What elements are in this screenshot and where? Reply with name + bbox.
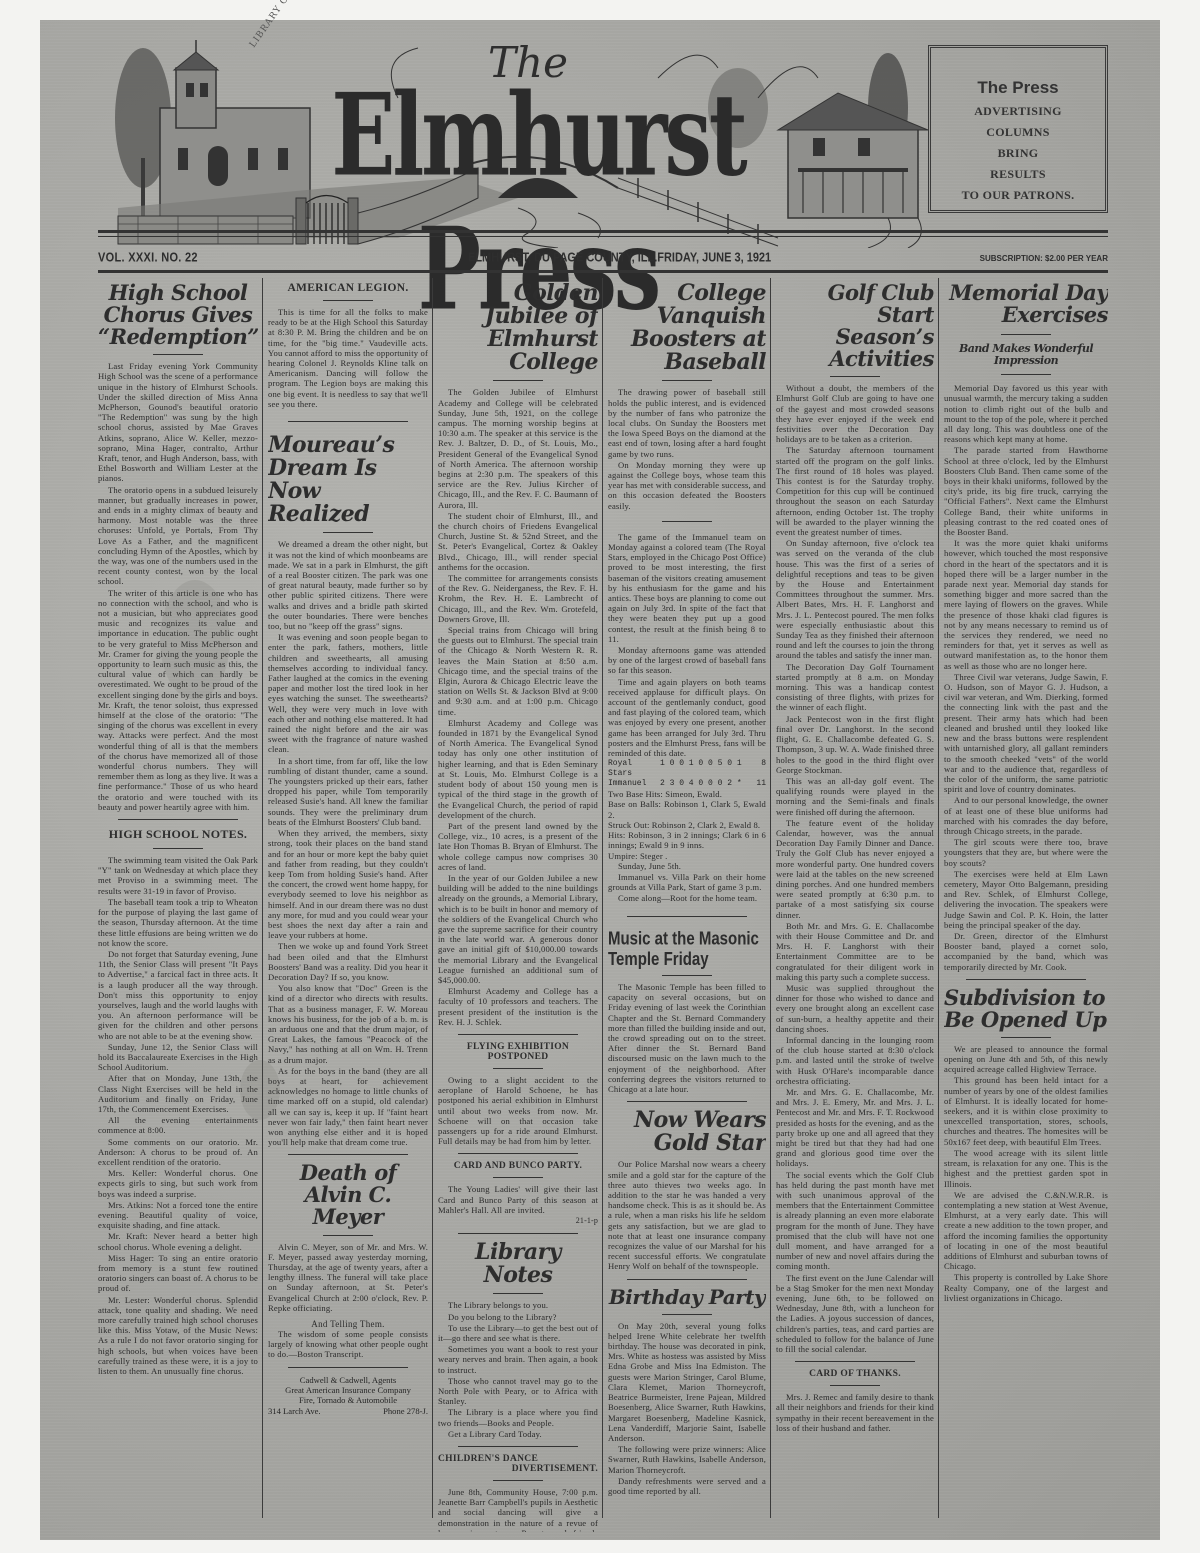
paragraph: Dandy refreshments were served and a goo… (608, 1476, 766, 1496)
paragraph: Our Police Marshal now wears a cheery sm… (608, 1159, 766, 1271)
paragraph: In a short time, from far off, like the … (268, 756, 428, 827)
place-and-date: ELMHURST, DU PAGE COUNTY, ILL.FRIDAY, JU… (468, 251, 771, 265)
paragraph: On May 20th, several young folks helped … (608, 1321, 766, 1443)
paragraph: This is time for all the folks to make r… (268, 307, 428, 409)
headline: CARD AND BUNCO PARTY. (438, 1161, 598, 1171)
linescore-row: Royal Stars 1 0 0 1 0 0 5 0 1 8 (608, 759, 766, 779)
divider (493, 1177, 543, 1178)
divider (830, 376, 880, 377)
paragraph: Dr. Green, director of the Elmhurst Boos… (944, 931, 1108, 972)
press-advertising-box: The Press ADVERTISING COLUMNS BRING RESU… (928, 45, 1108, 213)
paragraph: Jack Pentecost won in the first flight f… (776, 714, 934, 775)
total-score: 11 (756, 779, 766, 789)
article-birthday: Birthday Party On May 20th, several youn… (608, 1287, 766, 1496)
column-1: High School Chorus Gives “Redemption” La… (98, 282, 258, 1532)
paragraph: The Masonic Temple has been filled to ca… (608, 982, 766, 1094)
paragraph: Three Civil war veterans, Judge Sawin, F… (944, 672, 1108, 794)
ad-contact: 314 Larch Ave. Phone 278-J. (268, 1406, 428, 1416)
paragraph: Special trains from Chicago will bring t… (438, 625, 598, 717)
paragraph: Without a doubt, the members of the Elmh… (776, 383, 934, 444)
linescore: Royal Stars 1 0 0 1 0 0 5 0 1 8 Immanuel… (608, 759, 766, 789)
divider (1001, 1037, 1051, 1038)
article-body: On May 20th, several young folks helped … (608, 1321, 766, 1496)
divider (493, 1480, 543, 1481)
ad-line: RESULTS (931, 167, 1105, 182)
headline: FLYING EXHIBITION POSTPONED (438, 1042, 598, 1062)
article-body: Mrs. J. Remec and family desire to thank… (776, 1392, 934, 1433)
divider (1001, 334, 1051, 335)
paragraph: After that on Monday, June 13th, the Cla… (98, 1073, 258, 1114)
paragraph: The wood acreage with its silent little … (944, 1148, 1108, 1189)
paragraph: Come along—Root for the home team. (608, 893, 766, 903)
paragraph: The Young Ladies' will give their last C… (438, 1184, 598, 1215)
paragraph: The wisdom of some people consists large… (268, 1329, 428, 1360)
article-body: June 8th, Community House, 7:00 p.m. Jea… (438, 1487, 598, 1532)
paragraph: Those who cannot travel may go to the No… (438, 1376, 598, 1407)
divider (288, 421, 408, 422)
paragraph: You also know that "Doc" Green is the ki… (268, 983, 428, 1065)
ad-line: ADVERTISING (931, 104, 1105, 119)
article-legion: AMERICAN LEGION. This is time for all th… (268, 282, 428, 409)
divider (627, 916, 747, 917)
article-body: Our Police Marshal now wears a cheery sm… (608, 1159, 766, 1271)
headline: CARD OF THANKS. (776, 1369, 934, 1379)
subheadline: Band Makes Wonderful Impression (944, 343, 1108, 366)
divider (1001, 374, 1051, 375)
linescore-row: Immanuel 2 3 0 4 0 0 0 2 * 11 (608, 779, 766, 789)
ad-line: COLUMNS (931, 125, 1105, 140)
paragraph: Sunday, June 5th. (608, 861, 766, 871)
article-body: The wisdom of some people consists large… (268, 1329, 428, 1360)
ad-phone: Phone 278-J. (383, 1406, 428, 1416)
subscription-price: SUBSCRIPTION: $2.00 PER YEAR (980, 254, 1108, 263)
box-score-stats: Two Base Hits: Simeon, Ewald. Base on Ba… (608, 789, 766, 903)
paragraph: Mrs. Keller: Wonderful chorus. One expec… (98, 1168, 258, 1199)
article-body: The game of the Immanuel team on Monday … (608, 532, 766, 758)
inning-scores: 2 3 0 4 0 0 0 2 * (660, 779, 756, 789)
volume-number: VOL. XXXI. NO. 22 (98, 251, 198, 265)
article-body: Owing to a slight accident to the aeropl… (438, 1075, 598, 1146)
column-4: College Vanquish Boosters at Baseball Th… (608, 282, 766, 1532)
article-body: The Masonic Temple has been filled to ca… (608, 982, 766, 1094)
paragraph: On Monday morning they were up against t… (608, 460, 766, 511)
divider (966, 979, 1086, 980)
paragraph: The baseball team took a trip to Wheaton… (98, 897, 258, 948)
article-body: The drawing power of baseball still hold… (608, 387, 766, 510)
dateline-rule (98, 270, 1108, 273)
article-moureau: Moureau’s Dream Is Now Realized We dream… (268, 434, 428, 1147)
article-masonic: Music at the Masonic Temple Friday The M… (608, 929, 766, 1095)
article-baseball: College Vanquish Boosters at Baseball Th… (608, 282, 766, 904)
article-body: The Young Ladies' will give their last C… (438, 1184, 598, 1226)
headline: Now Wears Gold Star (608, 1109, 766, 1155)
headline: Birthday Party (608, 1287, 766, 1308)
paragraph: On Sunday afternoon, five o'clock tea wa… (776, 538, 934, 660)
divider (662, 521, 712, 522)
divider (493, 1293, 543, 1294)
article-body: Alvin C. Meyer, son of Mr. and Mrs. W. F… (268, 1242, 428, 1313)
ad-line: Fire, Tornado & Automobile (268, 1395, 428, 1405)
paragraph: Monday afternoons game was attended by o… (608, 645, 766, 676)
article-death: Death of Alvin C. Meyer Alvin C. Meyer, … (268, 1162, 428, 1313)
article-chorus: High School Chorus Gives “Redemption” La… (98, 282, 258, 812)
divider (323, 1235, 373, 1236)
divider (153, 848, 203, 849)
divider (288, 1154, 408, 1155)
divider (795, 1361, 915, 1362)
paragraph: The parade started from Hawthorne School… (944, 445, 1108, 537)
masthead: LIBRARY OF ILLINOIS · JUN 6 1921 The Elm… (98, 38, 938, 248)
headline: AMERICAN LEGION. (268, 282, 428, 294)
divider (458, 1153, 578, 1154)
article-hs-notes: HIGH SCHOOL NOTES. The swimming team vis… (98, 827, 258, 1376)
paragraph: Mr. Lester: Wonderful chorus. Splendid a… (98, 1295, 258, 1377)
article-dance: CHILDREN'S DANCE DIVERTISEMENT. June 8th… (438, 1454, 598, 1532)
headline: Memorial Day Exercises (944, 282, 1108, 326)
paragraph: As for the boys in the band (they are al… (268, 1066, 428, 1148)
stat-line: Struck Out: Robinson 2, Clark 2, Ewald 8… (608, 820, 766, 830)
divider (153, 354, 203, 355)
headline: Death of Alvin C. Meyer (268, 1162, 428, 1228)
ad-line: TO OUR PATRONS. (931, 188, 1105, 203)
paragraph: To use the Library—to get the best out o… (438, 1323, 598, 1343)
divider (662, 1314, 712, 1315)
paragraph: Do not forget that Saturday evening, Jun… (98, 949, 258, 1041)
article-telling: And Telling Them. The wisdom of some peo… (268, 1319, 428, 1360)
divider (830, 1385, 880, 1386)
stat-line: Umpire: Steger . (608, 851, 766, 861)
article-body: Without a doubt, the members of the Elmh… (776, 383, 934, 1354)
ad-title: The Press (931, 78, 1105, 98)
paragraph: This property is controlled by Lake Shor… (944, 1272, 1108, 1303)
column-divider (602, 278, 603, 1518)
article-body: We are pleased to announce the formal op… (944, 1044, 1108, 1303)
paragraph: Music was supplied throughout the dinner… (776, 983, 934, 1034)
paragraph: Informal dancing in the lounging room of… (776, 1035, 934, 1086)
ad-line: Cadwell & Cadwell, Agents (268, 1375, 428, 1385)
paragraph: This was an all-day golf event. The qual… (776, 776, 934, 817)
column-divider (432, 278, 433, 1518)
paragraph: The swimming team visited the Oak Park "… (98, 855, 258, 896)
paragraph: The Decoration Day Golf Tournament start… (776, 662, 934, 713)
paragraph: And to our personal knowledge, the owner… (944, 795, 1108, 836)
divider (493, 1068, 543, 1069)
paragraph: In the year of our Golden Jubilee a new … (438, 873, 598, 985)
article-memorial-day: Memorial Day Exercises Band Makes Wonder… (944, 282, 1108, 972)
paragraph: The Library belongs to you. (438, 1300, 598, 1310)
article-body: Memorial Day favored us this year with u… (944, 383, 1108, 972)
article-bunco: CARD AND BUNCO PARTY. The Young Ladies' … (438, 1161, 598, 1226)
paragraph: The feature event of the holiday Calenda… (776, 818, 934, 920)
headline: And Telling Them. (268, 1319, 428, 1329)
paragraph: Miss Hager: To sing an entire oratorio f… (98, 1253, 258, 1294)
stat-line: Hits: Robinson, 3 in 2 innings; Clark 6 … (608, 830, 766, 850)
article-golf: Golf Club Start Season’s Activities With… (776, 282, 934, 1354)
article-library: Library Notes The Library belongs to you… (438, 1241, 598, 1439)
divider (627, 1101, 747, 1102)
divider (627, 1279, 747, 1280)
paragraph: Last Friday evening York Community High … (98, 361, 258, 483)
paragraph: It was evening and soon people began to … (268, 632, 428, 754)
paragraph: Elmhurst Academy and College has a facul… (438, 986, 598, 1027)
stat-line: Base on Balls: Robinson 1, Clark 5, Ewal… (608, 799, 766, 819)
paragraph: We are advised the C.&N.W.R.R. is contem… (944, 1190, 1108, 1272)
divider (493, 380, 543, 381)
divider (458, 1034, 578, 1035)
ad-code: 21-1-p (438, 1216, 598, 1226)
paragraph: Some comments on our oratorio. Mr. Ander… (98, 1137, 258, 1168)
headline: HIGH SCHOOL NOTES. (98, 827, 258, 842)
paragraph: June 8th, Community House, 7:00 p.m. Jea… (438, 1487, 598, 1532)
paragraph: It was the more quiet khaki uniforms how… (944, 538, 1108, 671)
paragraph: Mrs. Atkins: Not a forced tone the entir… (98, 1200, 258, 1231)
paragraph: We dreamed a dream the other night, but … (268, 539, 428, 631)
paragraph: Immanuel vs. Villa Park on their home gr… (608, 872, 766, 892)
paragraph: Elmhurst Academy and College was founded… (438, 718, 598, 820)
column-6: Memorial Day Exercises Band Makes Wonder… (944, 282, 1108, 1532)
paragraph: Part of the present land owned by the Co… (438, 821, 598, 872)
article-gold-star: Now Wears Gold Star Our Police Marshal n… (608, 1109, 766, 1271)
article-body: The swimming team visited the Oak Park "… (98, 855, 258, 1376)
cadwell-insurance-ad: Cadwell & Cadwell, Agents Great American… (268, 1375, 428, 1417)
headline: College Vanquish Boosters at Baseball (608, 282, 766, 374)
paragraph: Sunday, June 12, the Senior Class will h… (98, 1042, 258, 1073)
headline: Library Notes (438, 1241, 598, 1287)
article-subdivision: Subdivision to Be Opened Up We are pleas… (944, 987, 1108, 1303)
headline: Golden Jubilee of Elmhurst College (438, 282, 598, 374)
paragraph: Get a Library Card Today. (438, 1429, 598, 1439)
paragraph: The committee for arrangements consists … (438, 573, 598, 624)
paragraph: Do you belong to the Library? (438, 1312, 598, 1322)
article-body: The Golden Jubilee of Elmhurst Academy a… (438, 387, 598, 1027)
masthead-rule-thin (98, 236, 1108, 237)
paragraph: The student choir of Elmhurst, Ill., and… (438, 511, 598, 572)
headline: CHILDREN'S DANCE (438, 1454, 598, 1464)
paragraph: Sometimes you want a book to rest your w… (438, 1344, 598, 1375)
paragraph: The game of the Immanuel team on Monday … (608, 532, 766, 644)
paragraph: The Golden Jubilee of Elmhurst Academy a… (438, 387, 598, 509)
divider (458, 1233, 578, 1234)
inning-scores: 1 0 0 1 0 0 5 0 1 (660, 759, 761, 779)
ad-line: Great American Insurance Company (268, 1385, 428, 1395)
newspaper-page: LIBRARY OF ILLINOIS · JUN 6 1921 The Elm… (40, 20, 1160, 1540)
column-2: AMERICAN LEGION. This is time for all th… (268, 282, 428, 1532)
article-flying: FLYING EXHIBITION POSTPONED Owing to a s… (438, 1042, 598, 1146)
paragraph: Time and again players on both teams rec… (608, 677, 766, 759)
column-divider (770, 278, 771, 1518)
column-divider (262, 278, 263, 1518)
paragraph: The drawing power of baseball still hold… (608, 387, 766, 458)
article-body: We dreamed a dream the other night, but … (268, 539, 428, 1147)
ad-address: 314 Larch Ave. (268, 1406, 321, 1416)
paragraph: The following were prize winners: Alice … (608, 1444, 766, 1475)
paragraph: Alvin C. Meyer, son of Mr. and Mrs. W. F… (268, 1242, 428, 1313)
headline: DIVERTISEMENT. (438, 1464, 598, 1474)
paragraph: When they arrived, the members, sixty st… (268, 828, 428, 940)
divider (662, 975, 712, 976)
column-5: Golf Club Start Season’s Activities With… (776, 282, 934, 1532)
total-score: 8 (761, 759, 766, 779)
divider (662, 380, 712, 381)
paragraph: Both Mr. and Mrs. G. E. Challacombe with… (776, 921, 934, 982)
article-card-of-thanks: CARD OF THANKS. Mrs. J. Remec and family… (776, 1369, 934, 1433)
paragraph: The social events which the Golf Club ha… (776, 1170, 934, 1272)
paragraph: Mrs. J. Remec and family desire to thank… (776, 1392, 934, 1433)
ad-line: BRING (931, 146, 1105, 161)
masthead-rule (98, 230, 1108, 233)
divider (323, 532, 373, 533)
divider (458, 1446, 578, 1447)
paragraph: The Saturday afternoon tournament starte… (776, 445, 934, 537)
article-body: This is time for all the folks to make r… (268, 307, 428, 409)
paragraph: Mr. and Mrs. G. E. Challacombe, Mr. and … (776, 1087, 934, 1169)
paragraph: All the evening entertainments commence … (98, 1115, 258, 1135)
paragraph: Then we woke up and found York Street ha… (268, 941, 428, 982)
paper-stain (240, 1060, 280, 1120)
paragraph: Memorial Day favored us this year with u… (944, 383, 1108, 444)
paper-stain (160, 580, 230, 700)
headline: High School Chorus Gives “Redemption” (98, 282, 258, 348)
column-3: Golden Jubilee of Elmhurst College The G… (438, 282, 598, 1532)
headline: Subdivision to Be Opened Up (944, 987, 1108, 1031)
paragraph: The girl scouts were there too, brave yo… (944, 837, 1108, 868)
paragraph: The first event on the June Calendar wil… (776, 1273, 934, 1355)
dateline: VOL. XXXI. NO. 22 ELMHURST, DU PAGE COUN… (98, 252, 1108, 268)
headline: Moureau’s Dream Is Now Realized (268, 434, 428, 526)
headline: Golf Club Start Season’s Activities (776, 282, 934, 370)
article-body: The Library belongs to you. Do you belon… (438, 1300, 598, 1439)
article-jubilee: Golden Jubilee of Elmhurst College The G… (438, 282, 598, 1027)
paragraph: The oratorio opens in a subdued leisurel… (98, 485, 258, 587)
paragraph: Owing to a slight accident to the aeropl… (438, 1075, 598, 1146)
paragraph: Mr. Kraft: Never heard a better high sch… (98, 1231, 258, 1251)
team-name: Royal Stars (608, 759, 660, 779)
paragraph: This ground has been held intact for a n… (944, 1075, 1108, 1146)
paragraph: We are pleased to announce the formal op… (944, 1044, 1108, 1075)
paragraph: The Library is a place where you find tw… (438, 1407, 598, 1427)
divider (323, 300, 373, 301)
column-divider (938, 278, 939, 1518)
divider (288, 1367, 408, 1368)
headline: Music at the Masonic Temple Friday (608, 929, 766, 970)
divider (118, 819, 238, 820)
stat-line: Two Base Hits: Simeon, Ewald. (608, 789, 766, 799)
team-name: Immanuel (608, 779, 660, 789)
paragraph: The exercises were held at Elm Lawn ceme… (944, 869, 1108, 930)
